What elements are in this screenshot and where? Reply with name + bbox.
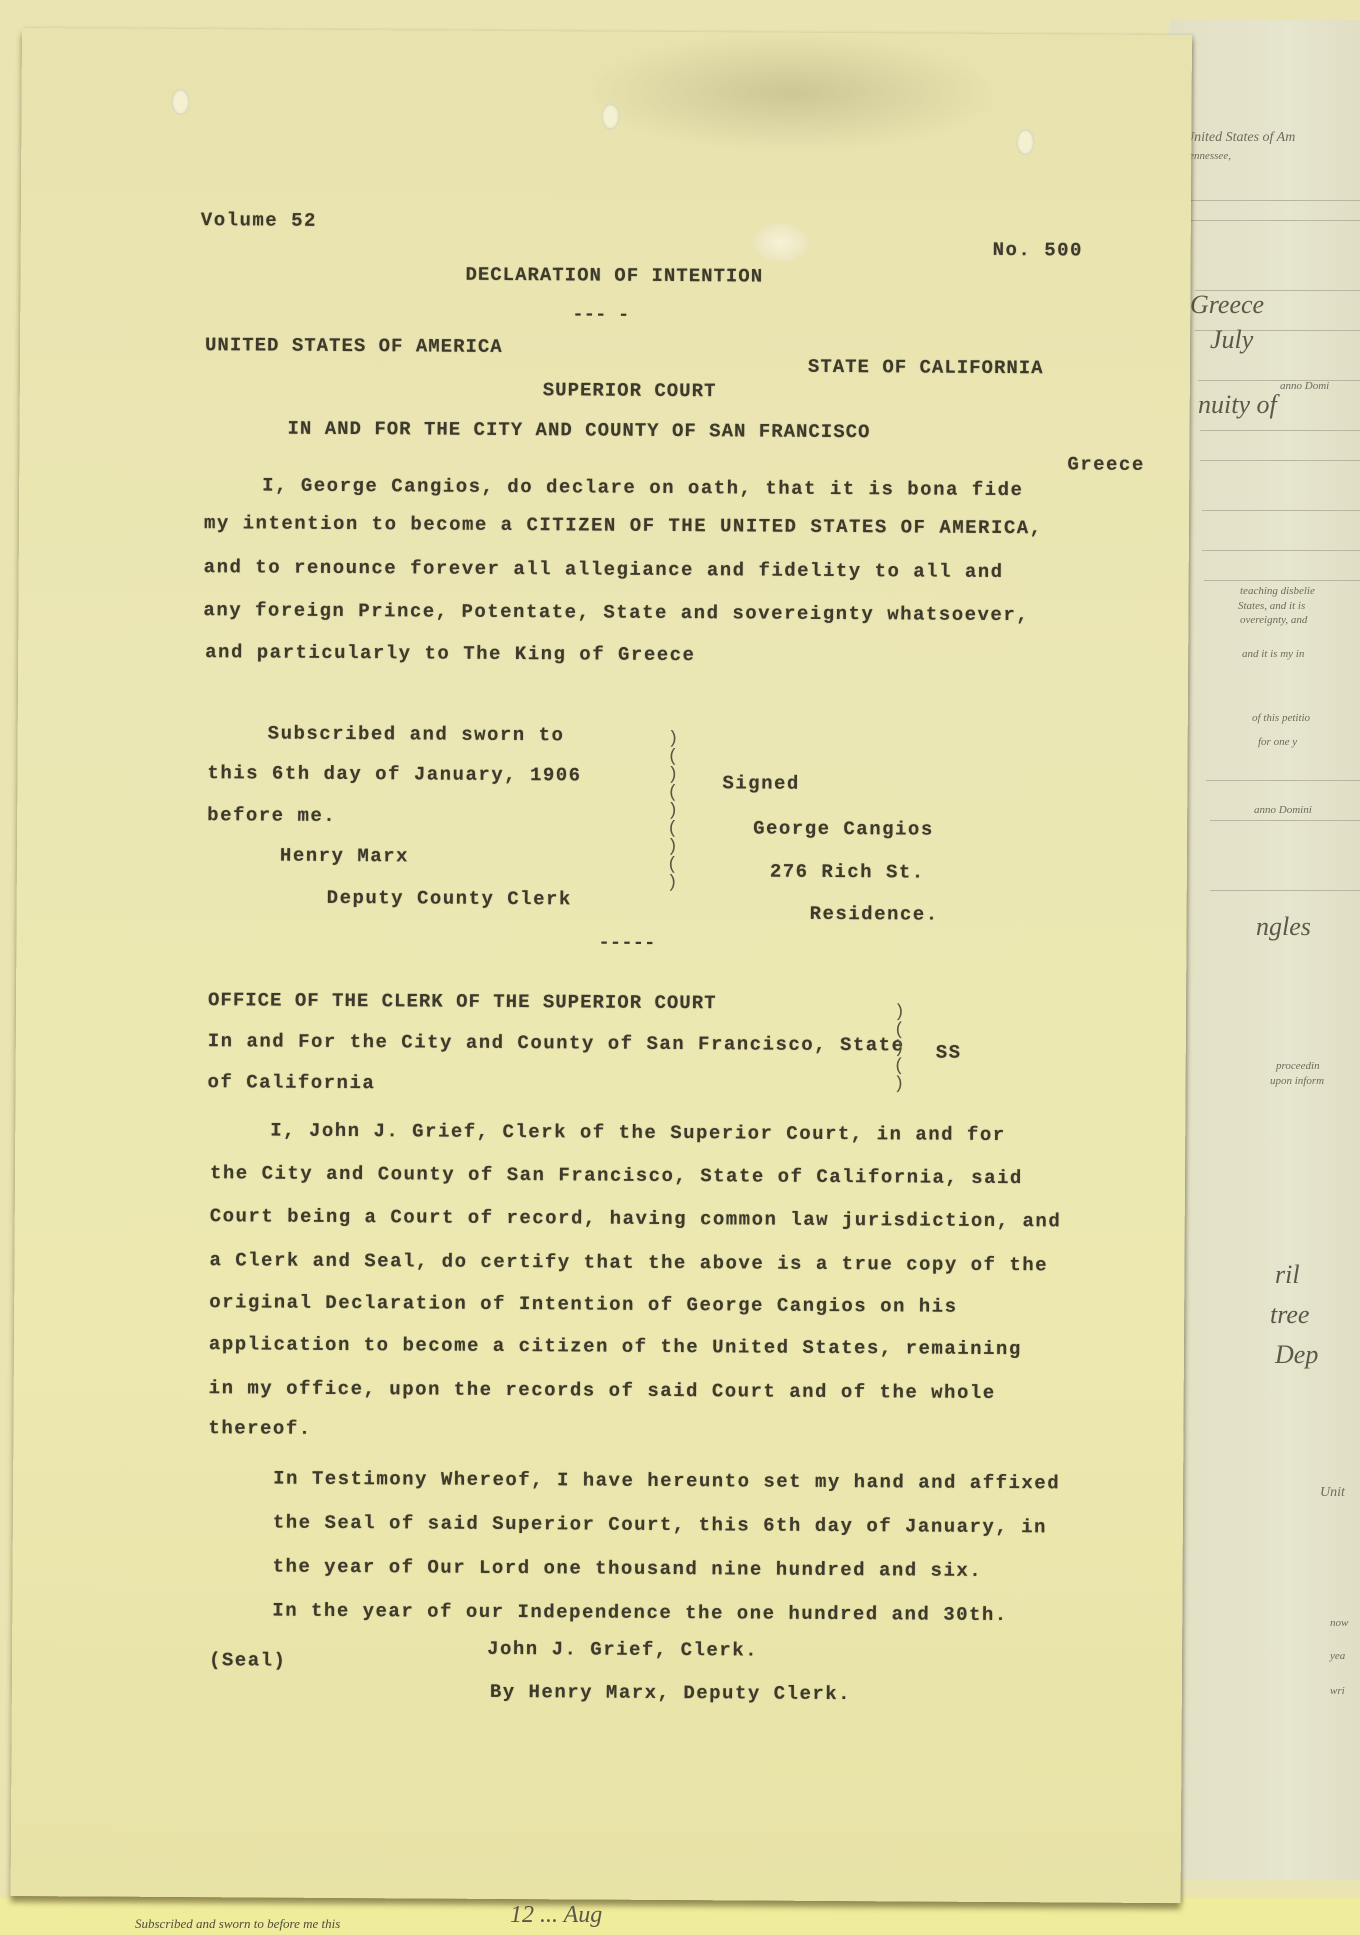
country-note: Greece [1067,453,1145,475]
testimony-line: the year of Our Lord one thousand nine h… [273,1556,983,1582]
certificate-body-line: application to become a citizen of the U… [209,1333,1022,1360]
certificate-body-line: a Clerk and Seal, do certify that the ab… [209,1249,1048,1276]
background-handwriting: ril [1275,1260,1300,1290]
deputy-signature: By Henry Marx, Deputy Clerk. [490,1681,851,1705]
background-fragment: proceedin [1276,1060,1320,1072]
punch-hole [1016,129,1034,155]
background-fragment: Unit [1320,1485,1345,1501]
declaration-line: I, George Cangios, do declare on oath, t… [262,474,1023,501]
certificate-brace: ) ( ) ( ) [894,1003,905,1093]
background-handwriting: ngles [1256,912,1311,942]
background-handwriting: Dep [1275,1340,1318,1370]
background-fragment: and it is my in [1242,648,1304,660]
background-header: United States of Am [1184,130,1295,146]
background-fragment: upon inform [1270,1075,1324,1087]
title-rule: --- - [572,303,629,325]
clerk-signature: John J. Grief, Clerk. [487,1638,758,1662]
certificate-body-line: I, John J. Grief, Clerk of the Superior … [270,1120,1006,1146]
declaration-line: my intention to become a CITIZEN OF THE … [204,512,1043,539]
background-document: United States of Am Tennessee, Greece Ju… [1170,20,1360,1880]
background-handwriting: tree [1270,1300,1309,1330]
certificate-heading: of California [207,1071,375,1094]
signature-address-label: Residence. [810,903,939,926]
background-handwriting: nuity of [1198,390,1277,420]
jurat-official-title: Deputy County Clerk [327,887,572,910]
paper-tear [753,222,809,262]
court-location: IN AND FOR THE CITY AND COUNTY OF SAN FR… [287,418,870,444]
section-rule: ----- [598,932,655,954]
page-title: DECLARATION OF INTENTION [465,264,763,288]
jurat-brace: ) ( ) ( ) ( ) ( ) [667,730,679,892]
background-bottom-handwriting: 12 ... Aug [510,1902,602,1929]
declaration-line: any foreign Prince, Potentate, State and… [203,599,1029,626]
testimony-line: In the year of our Independence the one … [272,1600,1008,1626]
declaration-page: Volume 52 No. 500 DECLARATION OF INTENTI… [11,28,1192,1903]
declaration-line: and particularly to The King of Greece [205,641,695,666]
court-name: SUPERIOR COURT [543,379,717,402]
jurat-official-name: Henry Marx [280,845,409,868]
signature-name: George Cangios [753,817,934,840]
document-number: No. 500 [993,239,1083,262]
certificate-heading: OFFICE OF THE CLERK OF THE SUPERIOR COUR… [208,989,717,1014]
declaration-line: and to renounce forever all allegiance a… [204,556,1004,583]
background-fragment: anno Domi [1280,380,1329,392]
background-fragment: now [1330,1617,1348,1629]
smudge [581,31,1002,154]
background-fragment: yea [1330,1650,1345,1662]
jurat-line: before me. [207,804,336,827]
background-handwriting: Greece [1190,290,1264,320]
jurat-line: this 6th day of January, 1906 [207,762,581,786]
background-bottom-line: Subscribed and sworn to before me this [135,1916,340,1932]
punch-hole [601,104,619,130]
certificate-body-line: original Declaration of Intention of Geo… [209,1291,957,1318]
testimony-line: In Testimony Whereof, I have hereunto se… [273,1468,1060,1495]
signature-label: Signed [722,772,800,794]
certificate-heading: In and For the City and County of San Fr… [208,1030,905,1056]
jurisdiction-country: UNITED STATES OF AMERICA [205,334,503,358]
signature-address: 276 Rich St. [770,861,925,884]
background-fragment: overeignty, and [1240,614,1307,626]
jurat-line: Subscribed and sworn to [268,723,565,747]
ss-mark: SS [936,1042,962,1064]
certificate-body-line: in my office, upon the records of said C… [209,1377,996,1404]
certificate-body-line: Court being a Court of record, having co… [210,1205,1062,1232]
background-fragment: teaching disbelie [1240,585,1315,597]
volume-label: Volume 52 [201,209,317,232]
background-fragment: anno Domini [1254,804,1312,816]
punch-hole [171,89,189,115]
background-fragment: wri [1330,1685,1345,1697]
testimony-line: the Seal of said Superior Court, this 6t… [273,1512,1047,1539]
certificate-body-line: the City and County of San Francisco, St… [210,1162,1023,1189]
jurisdiction-state: STATE OF CALIFORNIA [808,356,1044,379]
seal-mark: (Seal) [209,1649,287,1671]
background-fragment: for one y [1258,736,1297,748]
background-fragment: of this petitio [1252,712,1310,724]
background-handwriting: July [1210,325,1253,355]
background-fragment: States, and it is [1238,600,1305,612]
certificate-body-line: thereof. [208,1417,311,1440]
background-bottom-strip: Subscribed and sworn to before me this 1… [0,1898,1360,1935]
